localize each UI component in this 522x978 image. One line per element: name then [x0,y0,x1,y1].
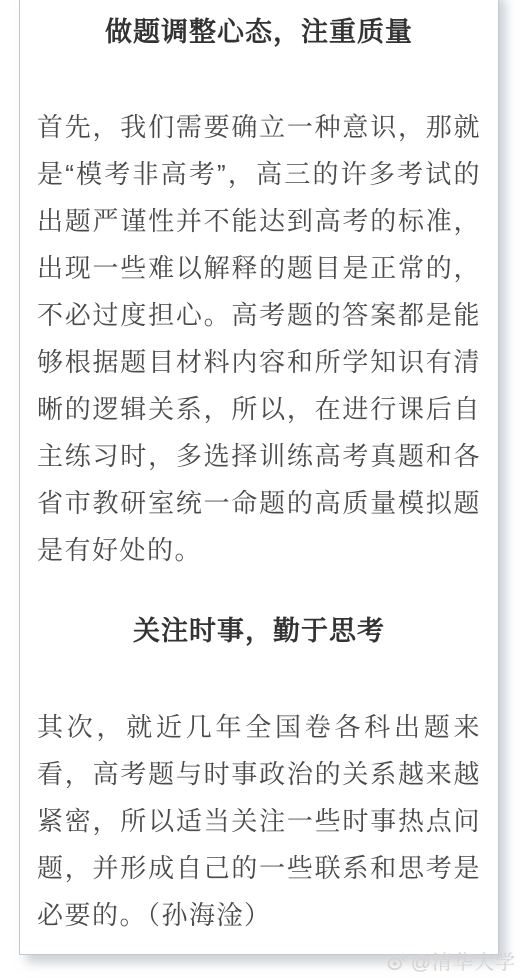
article-card: 做题调整心态，注重质量 首先，我们需要确立一种意识，那就是“模考非高考”，高三的… [19,0,499,955]
watermark-text: @清华大学 [411,946,516,975]
watermark: @清华大学 [386,946,516,975]
section-paragraph-quality: 首先，我们需要确立一种意识，那就是“模考非高考”，高三的许多考试的出题严谨性并不… [37,104,481,574]
article-content: 做题调整心态，注重质量 首先，我们需要确立一种意识，那就是“模考非高考”，高三的… [20,12,498,939]
weibo-icon [386,951,408,971]
section-paragraph-current-affairs: 其次，就近几年全国卷各科出题来看，高考题与时事政治的关系越来越紧密，所以适当关注… [37,704,481,939]
section-heading-quality: 做题调整心态，注重质量 [37,12,481,52]
page-canvas: 做题调整心态，注重质量 首先，我们需要确立一种意识，那就是“模考非高考”，高三的… [0,0,522,978]
section-heading-current-affairs: 关注时事，勤于思考 [37,611,481,651]
